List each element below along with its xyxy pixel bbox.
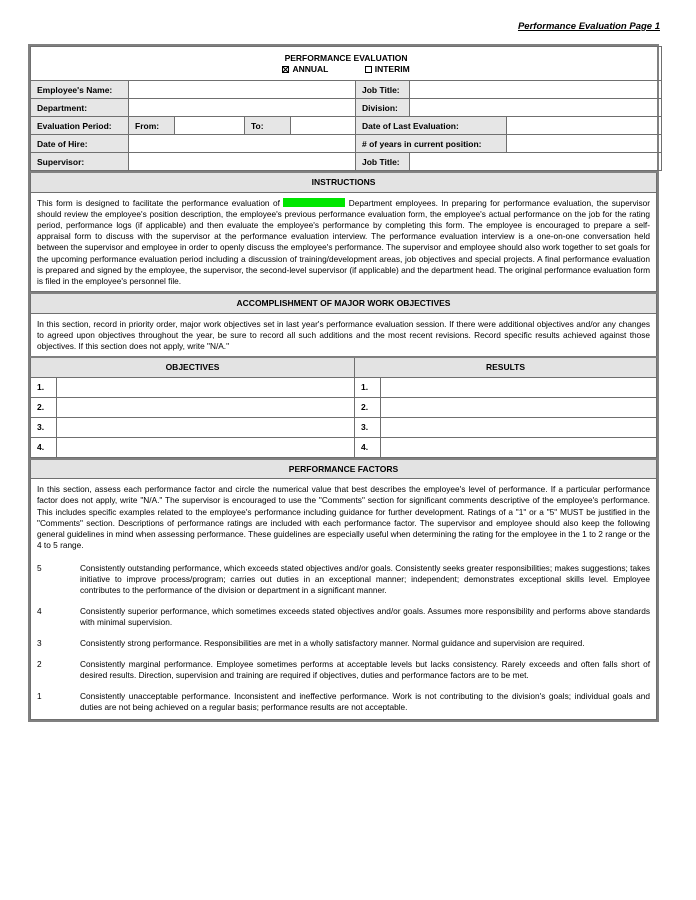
rating-item: 1 Consistently unacceptable performance.…: [37, 691, 650, 713]
rating-description: Consistently superior performance, which…: [80, 606, 650, 628]
rating-description: Consistently outstanding performance, wh…: [80, 563, 650, 596]
evaluation-period-label: Evaluation Period:: [31, 117, 129, 135]
result-number: 4.: [355, 437, 381, 457]
to-date-field[interactable]: [291, 117, 356, 135]
years-in-position-label: # of years in current position:: [356, 135, 507, 153]
form-title-cell: PERFORMANCE EVALUATION ANNUAL INTERIM: [31, 47, 662, 81]
rating-value: 1: [37, 691, 80, 713]
objective-row: 1. 1.: [31, 377, 657, 397]
employee-info-table: PERFORMANCE EVALUATION ANNUAL INTERIM Em…: [30, 46, 662, 171]
instructions-section: INSTRUCTIONS This form is designed to fa…: [30, 171, 657, 292]
objective-number: 2.: [31, 397, 57, 417]
employee-name-label: Employee's Name:: [31, 81, 129, 99]
objective-number: 4.: [31, 437, 57, 457]
unchecked-checkbox-icon[interactable]: [365, 66, 372, 73]
job-title-label: Job Title:: [356, 81, 410, 99]
result-number: 1.: [355, 377, 381, 397]
date-last-evaluation-label: Date of Last Evaluation:: [356, 117, 507, 135]
interim-option[interactable]: INTERIM: [365, 64, 410, 75]
rating-value: 4: [37, 606, 80, 628]
result-field[interactable]: [381, 417, 657, 437]
job-title-field[interactable]: [410, 81, 662, 99]
from-label: From:: [129, 117, 175, 135]
objective-field[interactable]: [57, 437, 355, 457]
result-number: 2.: [355, 397, 381, 417]
date-of-hire-label: Date of Hire:: [31, 135, 129, 153]
objectives-section-text: In this section, record in priority orde…: [31, 313, 657, 357]
objective-number: 3.: [31, 417, 57, 437]
checked-checkbox-icon[interactable]: [282, 66, 289, 73]
objectives-section-header: ACCOMPLISHMENT OF MAJOR WORK OBJECTIVES: [31, 293, 657, 313]
rating-item: 3 Consistently strong performance. Respo…: [37, 638, 650, 649]
results-column-header: RESULTS: [355, 357, 657, 377]
department-field[interactable]: [129, 99, 356, 117]
from-date-field[interactable]: [175, 117, 245, 135]
result-field[interactable]: [381, 377, 657, 397]
to-label: To:: [245, 117, 291, 135]
department-name-highlight[interactable]: [283, 198, 345, 207]
result-number: 3.: [355, 417, 381, 437]
rating-item: 5 Consistently outstanding performance, …: [37, 563, 650, 596]
form-title: PERFORMANCE EVALUATION: [37, 53, 655, 64]
years-in-position-field[interactable]: [507, 135, 662, 153]
objective-field[interactable]: [57, 377, 355, 397]
objectives-section: ACCOMPLISHMENT OF MAJOR WORK OBJECTIVES …: [30, 292, 657, 458]
rating-guidelines-list: 5 Consistently outstanding performance, …: [37, 563, 650, 713]
supervisor-job-title-field[interactable]: [410, 153, 662, 171]
objectives-column-header: OBJECTIVES: [31, 357, 355, 377]
performance-factors-body: In this section, assess each performance…: [31, 479, 657, 720]
date-last-evaluation-field[interactable]: [507, 117, 662, 135]
rating-value: 2: [37, 659, 80, 681]
supervisor-job-title-label: Job Title:: [356, 153, 410, 171]
page-label: Performance Evaluation Page 1: [518, 21, 660, 32]
performance-factors-header: PERFORMANCE FACTORS: [31, 459, 657, 479]
rating-item: 2 Consistently marginal performance. Emp…: [37, 659, 650, 681]
date-of-hire-field[interactable]: [129, 135, 356, 153]
objective-row: 3. 3.: [31, 417, 657, 437]
performance-evaluation-form: PERFORMANCE EVALUATION ANNUAL INTERIM Em…: [28, 44, 659, 722]
rating-description: Consistently unacceptable performance. I…: [80, 691, 650, 713]
annual-option[interactable]: ANNUAL: [282, 64, 328, 75]
performance-factors-text: In this section, assess each performance…: [37, 484, 650, 551]
division-field[interactable]: [410, 99, 662, 117]
rating-value: 3: [37, 638, 80, 649]
objective-number: 1.: [31, 377, 57, 397]
result-field[interactable]: [381, 397, 657, 417]
rating-description: Consistently marginal performance. Emplo…: [80, 659, 650, 681]
instructions-header: INSTRUCTIONS: [31, 172, 657, 192]
performance-factors-section: PERFORMANCE FACTORS In this section, ass…: [30, 458, 657, 721]
rating-description: Consistently strong performance. Respons…: [80, 638, 650, 649]
employee-name-field[interactable]: [129, 81, 356, 99]
department-label: Department:: [31, 99, 129, 117]
objective-field[interactable]: [57, 397, 355, 417]
division-label: Division:: [356, 99, 410, 117]
objective-field[interactable]: [57, 417, 355, 437]
supervisor-label: Supervisor:: [31, 153, 129, 171]
result-field[interactable]: [381, 437, 657, 457]
rating-item: 4 Consistently superior performance, whi…: [37, 606, 650, 628]
objective-row: 4. 4.: [31, 437, 657, 457]
instructions-text: This form is designed to facilitate the …: [31, 192, 657, 292]
supervisor-field[interactable]: [129, 153, 356, 171]
rating-value: 5: [37, 563, 80, 596]
objective-row: 2. 2.: [31, 397, 657, 417]
